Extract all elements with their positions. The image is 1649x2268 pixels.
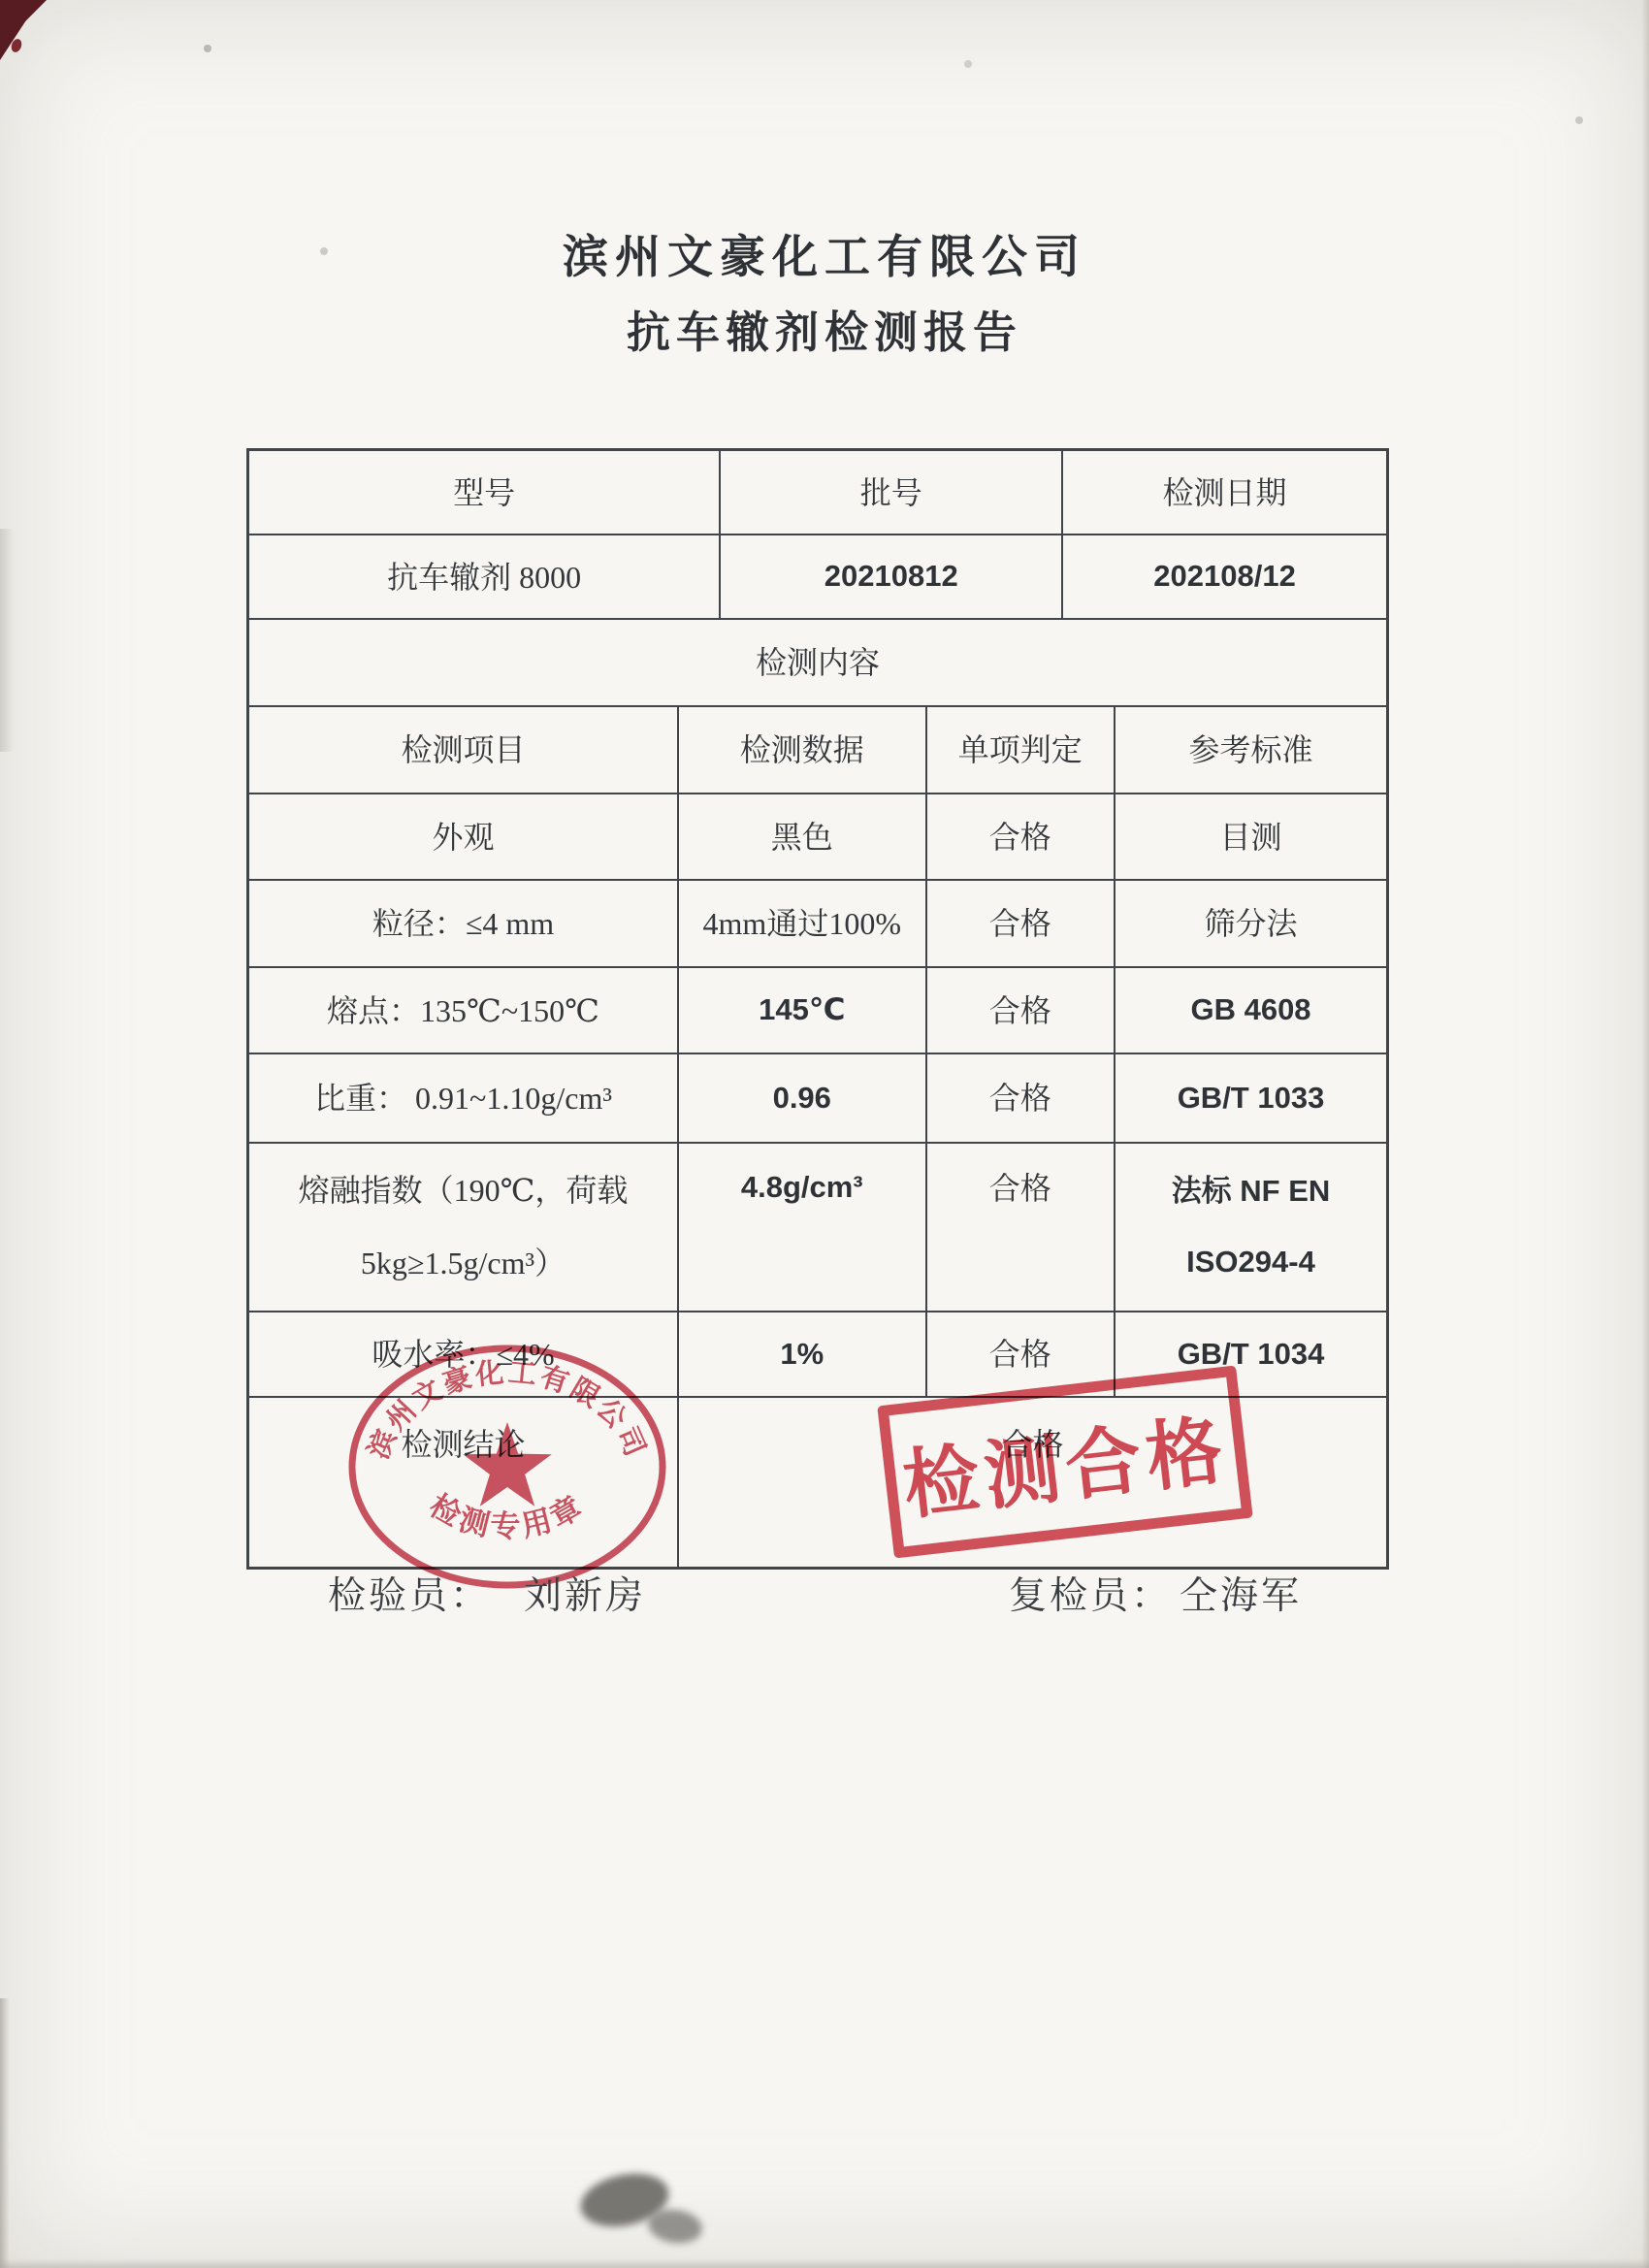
judgment-cell: 合格 <box>927 1054 1116 1142</box>
value-test-date: 202108/12 <box>1063 535 1386 618</box>
standard-cell: 目测 <box>1115 794 1386 879</box>
company-title: 滨州文豪化工有限公司 <box>0 221 1649 286</box>
section-title: 检测内容 <box>249 620 1386 705</box>
value-batch: 20210812 <box>721 535 1063 618</box>
scanned-report-page: 滨州文豪化工有限公司 抗车辙剂检测报告 型号 批号 检测日期 抗车辙剂 8000… <box>0 0 1649 2268</box>
item-cell: 比重： 0.91~1.10g/cm³ <box>249 1054 679 1142</box>
table-row-top-values: 抗车辙剂 8000 20210812 202108/12 <box>249 535 1386 620</box>
scan-speck <box>964 60 972 68</box>
col-header-standard: 参考标准 <box>1115 707 1386 793</box>
table-row-top-headers: 型号 批号 检测日期 <box>249 451 1386 535</box>
table-row: 比重： 0.91~1.10g/cm³ 0.96 合格 GB/T 1033 <box>249 1054 1386 1144</box>
scan-corner-dot <box>10 38 23 54</box>
data-cell: 145℃ <box>679 968 926 1053</box>
seal-caption-text: 检测专用章 <box>424 1488 591 1543</box>
inspector-label: 检验员： <box>328 1575 491 1617</box>
judgment-cell: 合格 <box>927 794 1116 879</box>
table-row: 外观 黑色 合格 目测 <box>249 794 1386 881</box>
item-cell: 外观 <box>249 794 679 879</box>
data-cell: 1% <box>679 1312 926 1396</box>
col-header-data: 检测数据 <box>679 707 926 793</box>
item-cell: 熔融指数（190℃，荷载 5kg≥1.5g/cm³） <box>249 1144 679 1311</box>
scan-edge-shadow <box>0 2258 1649 2268</box>
round-company-seal: 滨州文豪化工有限公司 检测专用章 <box>339 1341 675 1597</box>
col-header-judgment: 单项判定 <box>927 707 1116 793</box>
reinspector-signature: 复检员：仝海军 <box>1009 1566 1302 1620</box>
reinspector-name: 仝海军 <box>1180 1575 1302 1617</box>
scan-speck <box>1575 116 1583 124</box>
inspector-signature: 检验员：刘新房 <box>328 1566 646 1620</box>
scan-edge-shadow <box>0 1998 10 2268</box>
table-row: 粒径：≤4 mm 4mm通过100% 合格 筛分法 <box>249 881 1386 968</box>
col-header-item: 检测项目 <box>249 707 679 793</box>
scan-smudge <box>576 2166 674 2234</box>
standard-cell: 法标 NF EN ISO294-4 <box>1115 1144 1386 1311</box>
svg-text:检测专用章: 检测专用章 <box>424 1488 591 1543</box>
table-row: 熔点：135℃~150℃ 145℃ 合格 GB 4608 <box>249 968 1386 1054</box>
judgment-cell: 合格 <box>927 1144 1116 1311</box>
seal-star-icon <box>463 1422 551 1507</box>
inspector-name: 刘新房 <box>524 1575 646 1617</box>
table-row-section-title: 检测内容 <box>249 620 1386 707</box>
scan-smudge <box>646 2206 704 2246</box>
header-test-date: 检测日期 <box>1063 451 1386 534</box>
header-model: 型号 <box>249 451 721 534</box>
table-row-column-headers: 检测项目 检测数据 单项判定 参考标准 <box>249 707 1386 794</box>
value-model: 抗车辙剂 8000 <box>249 535 721 618</box>
scan-smudge <box>0 529 14 752</box>
scan-corner-mark <box>0 0 47 60</box>
item-cell: 粒径：≤4 mm <box>249 881 679 966</box>
judgment-cell: 合格 <box>927 881 1116 966</box>
data-cell: 4.8g/cm³ <box>679 1144 926 1311</box>
data-cell: 4mm通过100% <box>679 881 926 966</box>
table-row: 熔融指数（190℃，荷载 5kg≥1.5g/cm³） 4.8g/cm³ 合格 法… <box>249 1144 1386 1312</box>
reinspector-label: 复检员： <box>1009 1575 1172 1617</box>
judgment-cell: 合格 <box>927 968 1116 1053</box>
standard-cell: GB 4608 <box>1115 968 1386 1053</box>
standard-cell: 筛分法 <box>1115 881 1386 966</box>
report-title: 抗车辙剂检测报告 <box>0 297 1649 360</box>
standard-cell: GB/T 1033 <box>1115 1054 1386 1142</box>
data-cell: 黑色 <box>679 794 926 879</box>
header-batch: 批号 <box>721 451 1063 534</box>
data-cell: 0.96 <box>679 1054 926 1142</box>
item-cell: 熔点：135℃~150℃ <box>249 968 679 1053</box>
scan-speck <box>204 45 211 52</box>
